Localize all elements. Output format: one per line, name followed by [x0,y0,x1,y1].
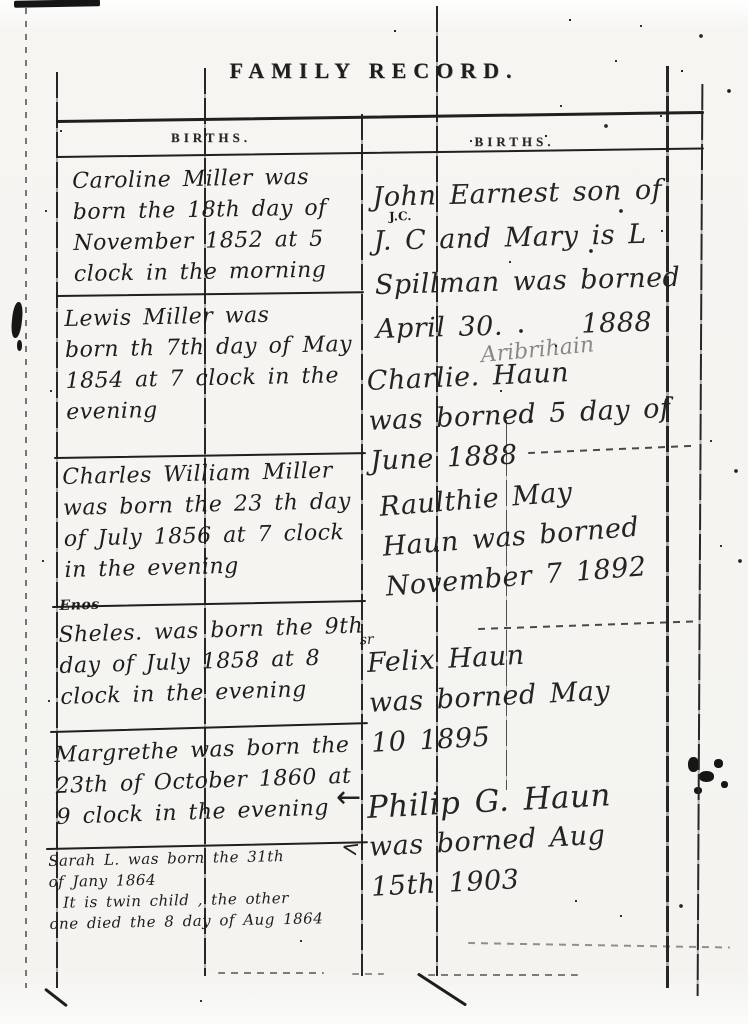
birth-entry-philip-haun: Philip G. Haun was borned Aug 15th 1903 [366,775,616,908]
entry-annotation: Enos [59,597,100,614]
birth-entry-felix-haun: sr Felix Haun was borned May 10 1895 [366,631,613,763]
birth-entry-caroline-miller: Caroline Miller was born the 18th day of… [72,162,328,290]
entry-line: born the 18th day of [73,193,328,228]
dashed-separator [468,942,730,949]
ink-blot [10,302,24,339]
page-title: FAMILY RECORD. [0,58,748,84]
entry-line: 1854 at 7 clock in the [65,360,353,397]
dashed-separator [428,974,578,976]
birth-entry-enos: Enos Sheles. was born the 9th day of Jul… [58,610,366,713]
entry-annotation: J.C. [389,209,412,224]
entry-line: in the evening [64,548,353,586]
birth-entry-raulthie-may-haun: Raulthie May Haun was borned November 7 … [378,467,648,607]
pen-stroke [417,972,467,1006]
entry-line: November 1852 at 5 [73,224,328,259]
ink-blot [721,781,728,788]
column-header-births-left: BIRTHS. [60,130,362,146]
dashed-separator [218,972,324,974]
row-separator [56,291,364,297]
scan-artifact [14,0,100,8]
scanned-family-record-page: ← < FAMILY RECORD. BIRTHS. BIRTHS. Carol… [0,0,748,1024]
entry-line: Caroline Miller was [72,162,327,197]
column-divider [361,114,363,976]
pen-stroke [44,988,68,1008]
header-rule-top [56,111,704,123]
entry-annotation: sr [359,632,374,649]
column-header-births-right: BIRTHS. [362,134,667,150]
birth-entry-charles-william-miller: Charles William Miller was born the 23 t… [62,455,353,586]
dashed-separator [478,620,694,630]
birth-entry-john-spillman: J.C. Aribrihain John Earnest son of J. C… [372,168,682,352]
table-rule-vertical [697,84,704,996]
birth-entry-margrethe: Margrethe was born the 23th of October 1… [54,730,353,833]
entry-line: one died the 8 day of Aug 1864 [49,908,323,935]
ink-blot [699,771,714,782]
dashed-separator [352,973,384,975]
birth-entry-sarah-twin: Sarah L. was born the 31th of Jany 1864 … [48,845,324,935]
entry-line: clock in the morning [74,255,329,290]
stray-tick-mark: < [339,834,362,862]
ink-blot [714,759,723,768]
table-rule-vertical [25,8,27,988]
birth-entry-lewis-miller: Lewis Miller was born th 7th day of May … [64,298,354,428]
entry-line: evening [66,391,354,428]
birth-entry-charlie-haun: Charlie. Haun was borned 5 day of June 1… [366,349,673,482]
ink-blot [17,340,22,351]
